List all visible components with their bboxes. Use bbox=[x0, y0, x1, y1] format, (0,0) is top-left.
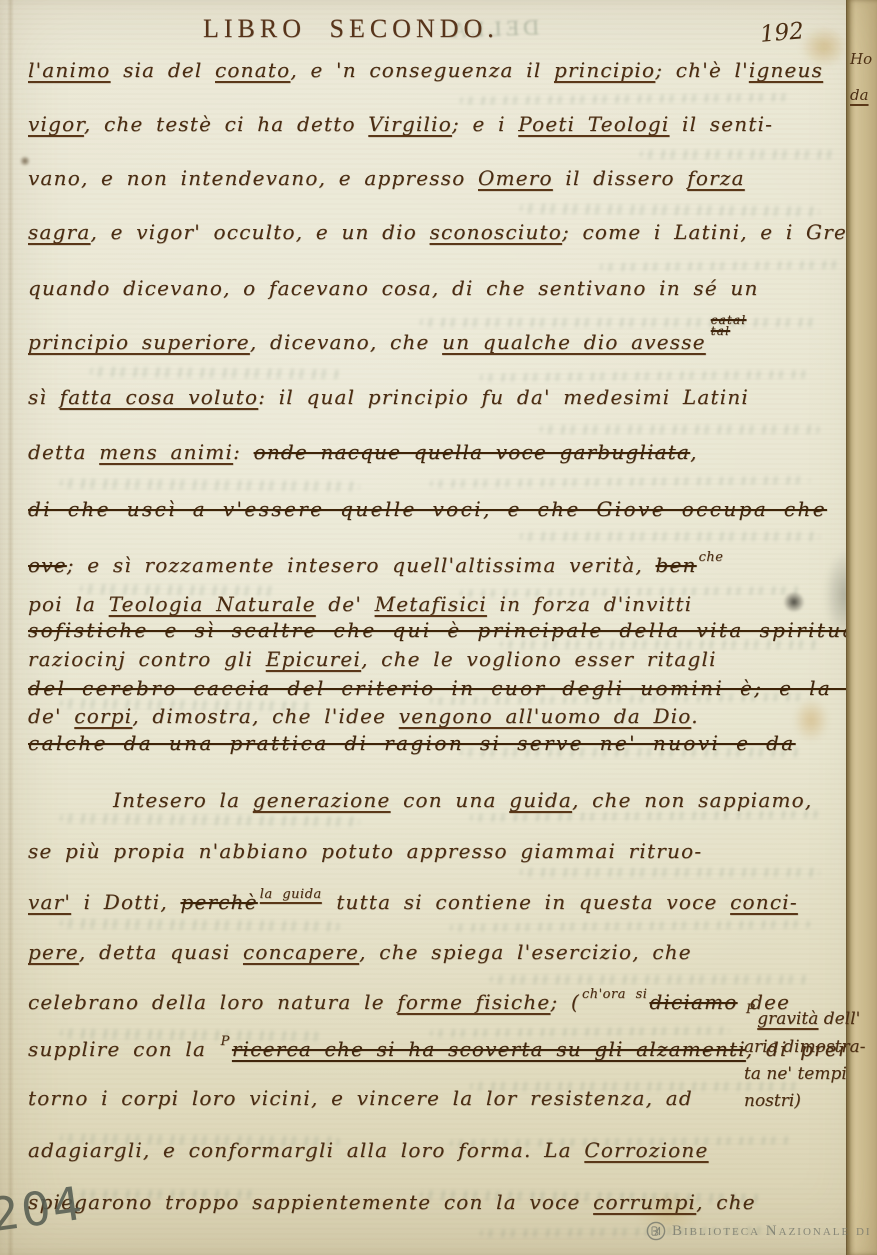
text-segment: . bbox=[691, 704, 699, 728]
text-segment: , e 'n conseguenza il bbox=[290, 58, 554, 82]
manuscript-line: di che uscì a v'essere quelle voci, e ch… bbox=[28, 497, 827, 521]
interlinear-text: P bbox=[221, 1034, 230, 1049]
struck-text: ben bbox=[656, 553, 697, 577]
manuscript-line: sì fatta cosa voluto: il qual principio … bbox=[28, 385, 749, 409]
watermark-label: Biblioteca Nazionale di Napoli bbox=[672, 1223, 877, 1240]
text-segment: corpi bbox=[74, 704, 132, 728]
manuscript-line: torno i corpi loro vicini, e vincere la … bbox=[28, 1086, 693, 1110]
text-segment: dell' bbox=[818, 1009, 860, 1029]
text-segment: conci- bbox=[730, 890, 798, 914]
struck-text: perchè bbox=[180, 890, 257, 914]
interlinear-text: che bbox=[699, 550, 724, 565]
struck-text: del cerebro caccia del criterio in cuor … bbox=[28, 676, 877, 700]
text-segment: sì bbox=[28, 385, 60, 409]
bleedthrough-line bbox=[60, 813, 360, 826]
manuscript-line: vigor, che testè ci ha detto Virgilio; e… bbox=[28, 112, 773, 136]
bleedthrough-line bbox=[520, 532, 820, 541]
ink-speck bbox=[20, 156, 30, 166]
margin-note: Pgravità dell'aria dimostra-ta ne' tempi… bbox=[744, 1006, 876, 1115]
text-segment: , dicevano, che bbox=[250, 330, 442, 354]
manuscript-line: pere, detta quasi concapere, che spiega … bbox=[28, 940, 692, 964]
text-segment: ; e i bbox=[452, 112, 518, 136]
text-segment: quando dicevano, o facevano cosa, di che… bbox=[28, 276, 759, 300]
manuscript-line: celebrano della loro natura le forme fis… bbox=[28, 990, 790, 1014]
text-segment: in forza d'invitti bbox=[487, 592, 692, 616]
text-segment: spiegarono troppo sappientemente con la … bbox=[28, 1190, 593, 1214]
margin-note-row: ta ne' tempi bbox=[744, 1061, 876, 1088]
manuscript-line: calche da una prattica di ragion si serv… bbox=[28, 731, 796, 755]
margin-note-row: aria dimostra- bbox=[744, 1034, 876, 1061]
manuscript-line: quando dicevano, o facevano cosa, di che… bbox=[28, 276, 759, 300]
text-segment: fatta cosa voluto bbox=[60, 385, 259, 409]
text-segment: : il qual principio fu da' medesimi Lati… bbox=[258, 385, 749, 409]
text-segment: ; ch'è l' bbox=[655, 58, 749, 82]
text-segment: se più propia n'abbiano potuto appresso … bbox=[28, 839, 702, 863]
margin-note-row: nostri) bbox=[744, 1088, 876, 1115]
folio-number: 192 bbox=[759, 18, 805, 48]
bleedthrough-line bbox=[90, 367, 340, 380]
text-segment: ; ( bbox=[550, 990, 580, 1014]
manuscript-line: adagiargli, e conformargli alla loro for… bbox=[28, 1138, 709, 1162]
text-segment: celebrano della loro natura le bbox=[28, 990, 397, 1014]
text-segment: var' bbox=[28, 890, 71, 914]
text-segment: con una bbox=[391, 788, 510, 812]
text-segment: il dissero bbox=[553, 166, 687, 190]
text-segment: corrumpi bbox=[593, 1190, 696, 1214]
text-segment: i Dotti, bbox=[71, 890, 180, 914]
text-segment: nostri) bbox=[744, 1091, 801, 1111]
edge-mark: da bbox=[850, 86, 869, 104]
struck-text: di che uscì a v'essere quelle voci, e ch… bbox=[28, 497, 827, 521]
manuscript-line: ove; e sì rozzamente intesero quell'alti… bbox=[28, 553, 726, 577]
text-segment: sia del bbox=[111, 58, 216, 82]
struck-text: onde nacque quella voce garbugliata bbox=[254, 440, 691, 464]
bleedthrough-line bbox=[490, 975, 810, 984]
text-segment: vano, e non intendevano, e appresso bbox=[28, 166, 478, 190]
manuscript-page: DELLA LIBRO SECONDO. 192 l'animo sia del… bbox=[0, 0, 877, 1255]
text-segment: l'animo bbox=[28, 58, 111, 82]
text-segment: Omero bbox=[478, 166, 553, 190]
text-segment: ta ne' tempi bbox=[744, 1064, 847, 1084]
edge-mark: Ho bbox=[850, 50, 872, 68]
text-segment: sconosciuto bbox=[430, 220, 562, 244]
text-segment: aria dimostra- bbox=[744, 1037, 865, 1057]
bleedthrough-line bbox=[420, 318, 820, 327]
bleedthrough-line bbox=[600, 261, 840, 272]
bleedthrough-line bbox=[480, 370, 810, 381]
bleedthrough-line bbox=[640, 150, 835, 159]
text-segment: ; e sì rozzamente intesero quell'altissi… bbox=[67, 553, 656, 577]
text-segment: generazione bbox=[253, 788, 391, 812]
text-segment: forza bbox=[687, 166, 744, 190]
text-segment: , che testè ci ha detto bbox=[84, 112, 368, 136]
text-segment: , bbox=[690, 440, 698, 464]
bleedthrough-line bbox=[520, 868, 820, 877]
text-segment: Epicurei bbox=[266, 647, 361, 671]
stain bbox=[793, 698, 829, 742]
manuscript-line: sofistiche e sì scaltre che qui è princi… bbox=[28, 618, 877, 642]
text-segment: vigor bbox=[28, 112, 84, 136]
interlinear-text: ch'ora si bbox=[582, 987, 647, 1002]
text-segment: vengono all'uomo da Dio bbox=[399, 704, 691, 728]
text-segment: Metafisici bbox=[375, 592, 487, 616]
bleedthrough-line bbox=[460, 93, 790, 104]
manuscript-line: vano, e non intendevano, e appresso Omer… bbox=[28, 166, 745, 190]
text-segment: , che le vogliono esser ritagli bbox=[361, 647, 717, 671]
text-segment: , detta quasi bbox=[79, 940, 243, 964]
bleedthrough-line bbox=[60, 919, 340, 932]
margin-ref-mark: P bbox=[746, 1002, 755, 1017]
text-segment: , che spiega l'esercizio, che bbox=[359, 940, 692, 964]
manuscript-line: raziocinj contro gli Epicurei, che le vo… bbox=[28, 647, 717, 671]
text-segment: : bbox=[233, 440, 254, 464]
text-segment: tutta si contiene in questa voce bbox=[324, 890, 730, 914]
bnn-monogram-icon bbox=[646, 1221, 666, 1241]
manuscript-line: l'animo sia del conato, e 'n conseguenza… bbox=[28, 58, 823, 82]
text-segment: sagra bbox=[28, 220, 90, 244]
manuscript-line: Intesero la generazione con una guida, c… bbox=[113, 788, 812, 812]
margin-note-row: Pgravità dell' bbox=[744, 1006, 876, 1034]
manuscript-line: principio superiore, dicevano, che un qu… bbox=[28, 330, 746, 354]
text-segment: mens animi bbox=[99, 440, 233, 464]
text-segment: conato bbox=[215, 58, 290, 82]
manuscript-line: del cerebro caccia del criterio in cuor … bbox=[28, 676, 877, 700]
bleedthrough-line bbox=[430, 1026, 730, 1037]
manuscript-line: spiegarono troppo sappientemente con la … bbox=[28, 1190, 756, 1214]
struck-text: diciamo bbox=[649, 990, 737, 1014]
manuscript-line: sagra, e vigor' occulto, e un dio sconos… bbox=[28, 220, 877, 244]
text-segment: , dimostra, che l'idee bbox=[132, 704, 398, 728]
bleedthrough-line bbox=[520, 203, 820, 216]
text-segment: , che non sappiamo, bbox=[572, 788, 812, 812]
bleedthrough-line bbox=[450, 920, 810, 932]
struck-text: sofistiche e sì scaltre che qui è princi… bbox=[28, 618, 877, 642]
text-segment: Intesero la bbox=[113, 788, 253, 812]
text-segment: un qualche dio avesse bbox=[442, 330, 706, 354]
text-segment: Virgilio bbox=[368, 112, 452, 136]
text-segment: , e vigor' occulto, e un dio bbox=[90, 220, 429, 244]
text-segment: raziocinj contro gli bbox=[28, 647, 266, 671]
struck-interlinear-stack: cataltal bbox=[711, 315, 747, 337]
text-segment: , che bbox=[696, 1190, 756, 1214]
text-segment: supplire con la bbox=[28, 1037, 219, 1061]
struck-text: ove bbox=[28, 553, 67, 577]
pencil-foliation: 204 bbox=[0, 1176, 87, 1243]
struck-text: ricerca che si ha scoverta su gli alzame… bbox=[232, 1037, 746, 1061]
text-segment: concapere bbox=[243, 940, 359, 964]
text-segment: gravità bbox=[757, 1009, 818, 1029]
text-segment: forme fisiche bbox=[397, 990, 550, 1014]
manuscript-line: detta mens animi: onde nacque quella voc… bbox=[28, 440, 698, 464]
text-segment: poi la bbox=[28, 592, 109, 616]
manuscript-line: de' corpi, dimostra, che l'idee vengono … bbox=[28, 704, 699, 728]
text-segment: ; come i Latini, e i Greci, e bbox=[562, 220, 877, 244]
interlinear-text: la guida bbox=[260, 887, 322, 902]
library-watermark: Biblioteca Nazionale di Napoli bbox=[646, 1221, 877, 1241]
struck-text: calche da una prattica di ragion si serv… bbox=[28, 731, 796, 755]
text-segment: Teologia Naturale bbox=[109, 592, 316, 616]
text-segment: de' bbox=[316, 592, 375, 616]
text-segment: il senti- bbox=[669, 112, 773, 136]
ink-spot bbox=[783, 592, 805, 612]
text-segment: Poeti Teologi bbox=[518, 112, 669, 136]
bleedthrough-line bbox=[430, 476, 810, 488]
bleedthrough-line bbox=[60, 478, 360, 491]
text-segment: pere bbox=[28, 940, 79, 964]
text-segment: principio superiore bbox=[28, 330, 250, 354]
bleedthrough-line bbox=[540, 425, 820, 434]
text-segment: torno i corpi loro vicini, e vincere la … bbox=[28, 1086, 693, 1110]
text-segment: guida bbox=[509, 788, 572, 812]
text-segment: adagiargli, e conformargli alla loro for… bbox=[28, 1138, 584, 1162]
gutter-fold bbox=[7, 0, 14, 1255]
text-segment: detta bbox=[28, 440, 99, 464]
manuscript-line: poi la Teologia Naturale de' Metafisici … bbox=[28, 592, 692, 616]
manuscript-line: se più propia n'abbiano potuto appresso … bbox=[28, 839, 702, 863]
text-segment: igneus bbox=[749, 58, 823, 82]
text-segment: Corrozione bbox=[584, 1138, 708, 1162]
page-title: LIBRO SECONDO. bbox=[203, 14, 499, 44]
text-segment: de' bbox=[28, 704, 74, 728]
text-segment: principio bbox=[554, 58, 655, 82]
manuscript-line: var' i Dotti, perchèla guida tutta si co… bbox=[28, 890, 798, 914]
